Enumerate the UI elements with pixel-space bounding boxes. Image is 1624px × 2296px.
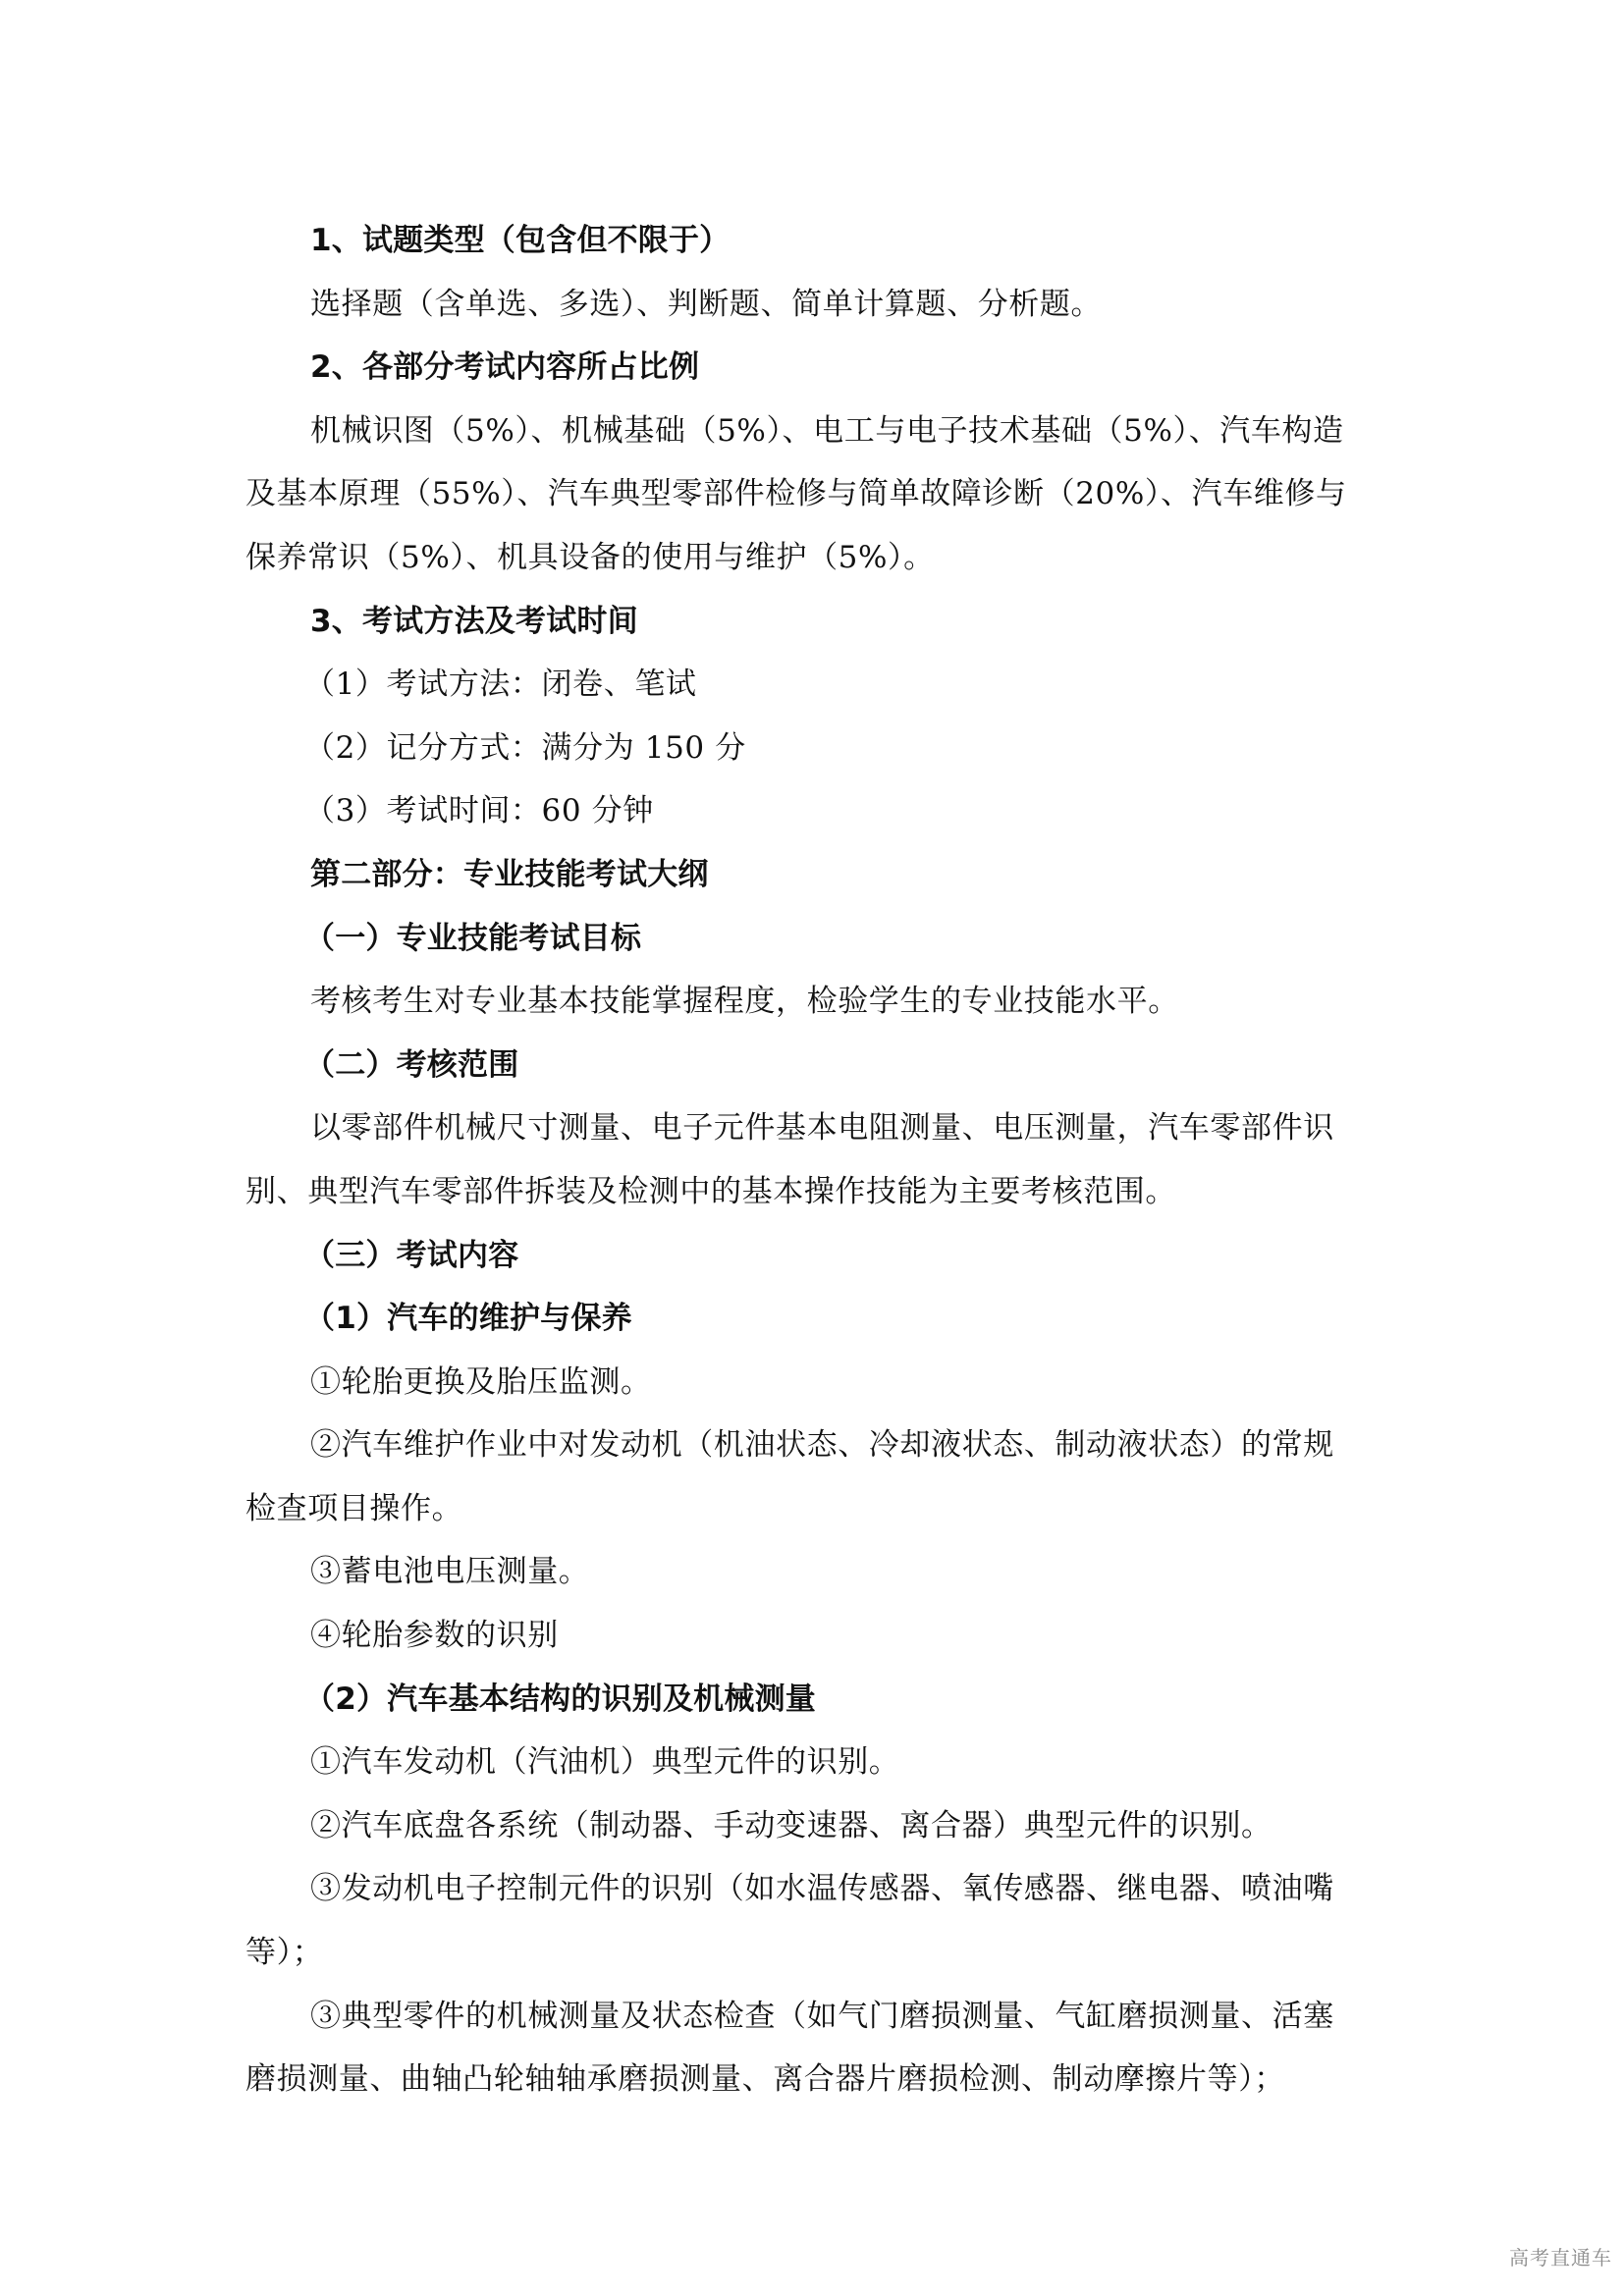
paragraph-line: ③发动机电子控制元件的识别（如水温传感器、氧传感器、继电器、喷油嘴	[245, 1857, 1386, 1921]
paragraph-line: 以零部件机械尺寸测量、电子元件基本电阻测量、电压测量，汽车零部件识	[245, 1096, 1386, 1160]
paragraph-assessment-scope: 以零部件机械尺寸测量、电子元件基本电阻测量、电压测量，汽车零部件识 别、典型汽车…	[245, 1096, 1386, 1223]
paragraph-line: 保养常识（5%）、机具设备的使用与维护（5%）。	[245, 526, 1386, 590]
subheading-structure-measurement: （2）汽车基本结构的识别及机械测量	[245, 1668, 1386, 1732]
paragraph-line: 磨损测量、曲轴凸轮轴轴承磨损测量、离合器片磨损检测、制动摩擦片等）；	[245, 2048, 1386, 2111]
paragraph-line: ③典型零件的机械测量及状态检查（如气门磨损测量、气缸磨损测量、活塞	[245, 1985, 1386, 2049]
paragraph-skill-goal: 考核考生对专业基本技能掌握程度，检验学生的专业技能水平。	[245, 970, 1386, 1034]
list-item-tire-change: ①轮胎更换及胎压监测。	[245, 1351, 1386, 1415]
paragraph-line: 别、典型汽车零部件拆装及检测中的基本操作技能为主要考核范围。	[245, 1160, 1386, 1224]
section-heading-exam-method: 3、考试方法及考试时间	[245, 590, 1386, 654]
paragraph-line: 检查项目操作。	[245, 1477, 1386, 1541]
list-item-battery-voltage: ③蓄电池电压测量。	[245, 1540, 1386, 1604]
list-item-tire-params: ④轮胎参数的识别	[245, 1604, 1386, 1668]
section-heading-content-ratio: 2、各部分考试内容所占比例	[245, 336, 1386, 400]
subheading-maintenance: （1）汽车的维护与保养	[245, 1287, 1386, 1351]
paragraph-line: ②汽车维护作业中对发动机（机油状态、冷却液状态、制动液状态）的常规	[245, 1414, 1386, 1477]
subheading-exam-content: （三）考试内容	[245, 1224, 1386, 1288]
document-page: 1、试题类型（包含但不限于） 选择题（含单选、多选）、判断题、简单计算题、分析题…	[245, 209, 1386, 2111]
list-item-engine-check: ②汽车维护作业中对发动机（机油状态、冷却液状态、制动液状态）的常规 检查项目操作…	[245, 1414, 1386, 1540]
section-heading-question-types: 1、试题类型（包含但不限于）	[245, 209, 1386, 273]
list-item-exam-method: （1）考试方法：闭卷、笔试	[245, 653, 1386, 717]
list-item-engine-parts: ①汽车发动机（汽油机）典型元件的识别。	[245, 1731, 1386, 1794]
paragraph-line: 机械识图（5%）、机械基础（5%）、电工与电子技术基础（5%）、汽车构造	[245, 400, 1386, 463]
list-item-mechanical-measurement: ③典型零件的机械测量及状态检查（如气门磨损测量、气缸磨损测量、活塞 磨损测量、曲…	[245, 1985, 1386, 2111]
paragraph-line: 等）；	[245, 1921, 1386, 1985]
subheading-assessment-scope: （二）考核范围	[245, 1034, 1386, 1097]
paragraph-question-types: 选择题（含单选、多选）、判断题、简单计算题、分析题。	[245, 273, 1386, 337]
subheading-skill-goal: （一）专业技能考试目标	[245, 907, 1386, 971]
list-item-electronic-parts: ③发动机电子控制元件的识别（如水温传感器、氧传感器、继电器、喷油嘴 等）；	[245, 1857, 1386, 1984]
paragraph-content-ratio: 机械识图（5%）、机械基础（5%）、电工与电子技术基础（5%）、汽车构造 及基本…	[245, 400, 1386, 590]
watermark: 高考直通车	[1509, 2242, 1612, 2270]
list-item-exam-time: （3）考试时间：60 分钟	[245, 779, 1386, 843]
list-item-chassis-parts: ②汽车底盘各系统（制动器、手动变速器、离合器）典型元件的识别。	[245, 1794, 1386, 1858]
list-item-scoring: （2）记分方式：满分为 150 分	[245, 717, 1386, 780]
paragraph-line: 及基本原理（55%）、汽车典型零部件检修与简单故障诊断（20%）、汽车维修与	[245, 462, 1386, 526]
part-heading-skills-outline: 第二部分：专业技能考试大纲	[245, 843, 1386, 907]
